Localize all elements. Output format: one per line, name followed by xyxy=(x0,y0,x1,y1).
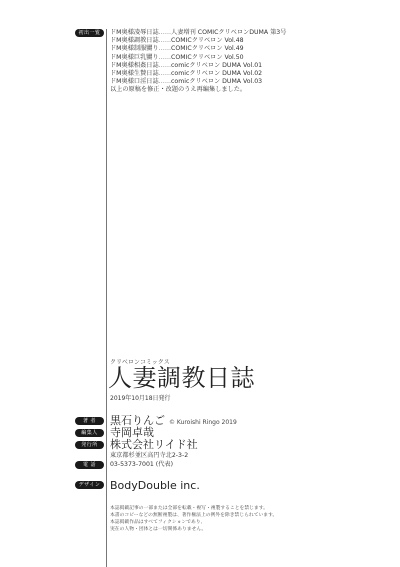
copyright-notice: © Kuroishi Ringo 2019 xyxy=(169,419,237,426)
legal-line: 実在の人物・団体とは一切関係ありません。 xyxy=(110,526,277,533)
author-label-badge: 著 者 xyxy=(75,417,104,425)
publisher-value: 株式会社リイド社 xyxy=(110,439,198,451)
editor-label-badge: 編集人 xyxy=(75,429,104,437)
phone-label-badge: 電 話 xyxy=(75,461,104,469)
list-item: ドM奥様生贄日誌……comicクリベロン DUMA Vol.02 xyxy=(110,70,286,78)
phone-value: 03-5373-7001 (代表) xyxy=(110,461,173,469)
re-edit-note: 以上の原稿を修正・改題のうえ再編集しました。 xyxy=(110,86,286,94)
vertical-divider-line xyxy=(106,29,107,567)
list-item: ドM奥様凌辱日誌……人妻増刊 COMICクリベロンDUMA 第3号 xyxy=(110,29,286,37)
legal-line: 本誌掲載作品はすべてフィクションであり、 xyxy=(110,519,277,526)
first-appearance-list: ドM奥様凌辱日誌……人妻増刊 COMICクリベロンDUMA 第3号 ドM奥様調教… xyxy=(110,29,286,95)
publisher-address: 東京都杉並区高円寺北2-3-2 xyxy=(110,452,188,460)
design-value: BodyDouble inc. xyxy=(110,479,200,492)
list-item: ドM奥様制服嬲り……COMICクリベロン Vol.49 xyxy=(110,45,286,53)
publication-date: 2019年10月18日発行 xyxy=(110,393,171,402)
legal-line: 本書のコピーなどの無断複製は、著作権法上の例外を除き禁じられています。 xyxy=(110,512,277,519)
list-item: ドM奥様巨乳嬲り……COMICクリベロン Vol.50 xyxy=(110,54,286,62)
legal-line: 本誌掲載記事の一部または全部を転載・複写・複製することを禁じます。 xyxy=(110,505,277,512)
book-title: 人妻調教日誌 xyxy=(108,365,255,391)
publisher-label-badge: 発行所 xyxy=(75,441,104,449)
design-label-badge: デザイン xyxy=(75,481,104,489)
legal-notice: 本誌掲載記事の一部または全部を転載・複写・複製することを禁じます。 本書のコピー… xyxy=(110,505,277,533)
list-item: ドM奥様相姦日誌……comicクリベロン DUMA Vol.01 xyxy=(110,62,286,70)
first-appearance-badge: 初出一覧 xyxy=(75,29,104,37)
